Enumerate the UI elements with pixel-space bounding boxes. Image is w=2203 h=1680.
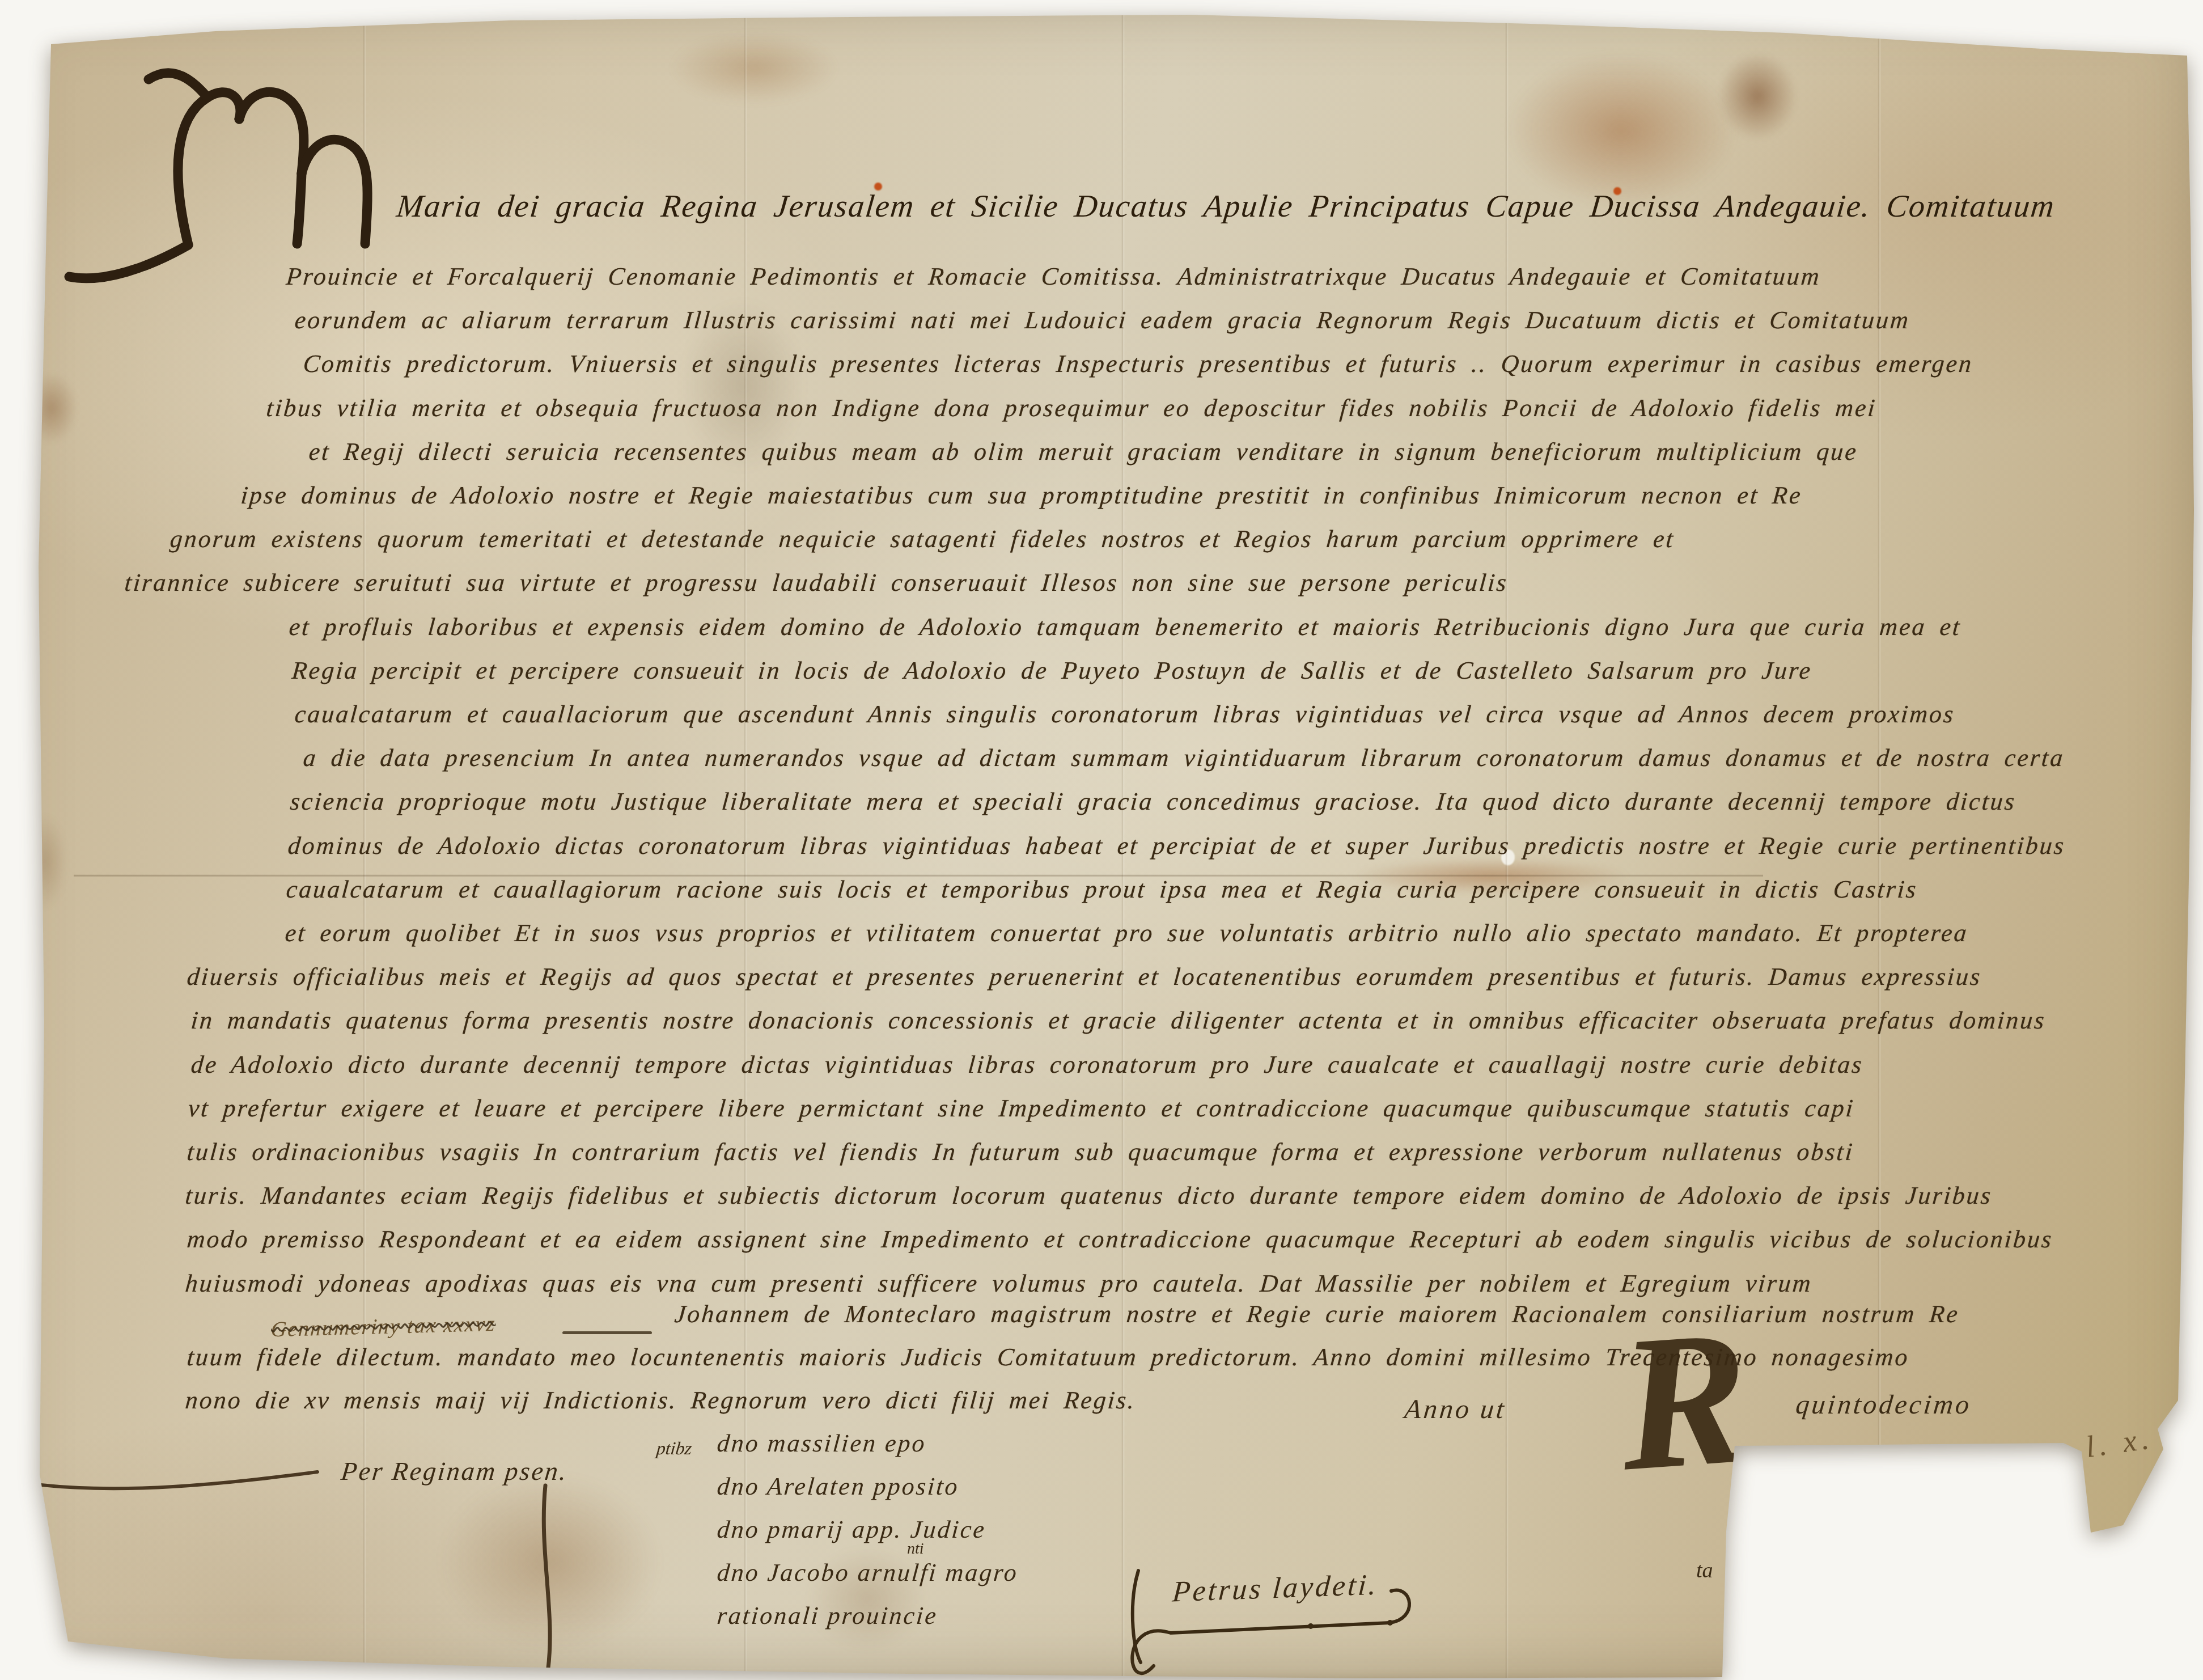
stain-top-center [635, 17, 873, 119]
witness-line: dno massilien epo [716, 1429, 927, 1458]
stain-upper-left-smudge [658, 266, 828, 505]
charter-text-line: vt prefertur exigere et leuare et percip… [187, 1094, 1856, 1123]
charter-text-line: et Regij dilecti seruicia recensentes qu… [308, 437, 1859, 466]
stain-bottom-center [782, 1525, 952, 1673]
witness-line: dno Arelaten pposito [716, 1472, 960, 1501]
charter-text-line: Comitis predictorum. Vniuersis et singul… [302, 349, 1975, 378]
filler-dash [562, 1331, 652, 1334]
stain-left-edge [15, 357, 88, 459]
stain-left-edge-lower [14, 794, 76, 930]
decorative-initial-M [69, 73, 367, 278]
per-reginam-note: Per Reginam psen. [340, 1456, 569, 1486]
charter-first-line: Maria dei gracia Regina Jerusalem et Sic… [395, 188, 2057, 225]
charter-text-line: Prouincie et Forcalquerij Cenomanie Pedi… [285, 262, 1822, 291]
charter-text-line: tirannice subicere seruituti sua virtute… [124, 568, 1509, 597]
charter-text-line: et eorum quolibet Et in suos vsus propri… [284, 919, 1969, 947]
per-reginam-superscript: ptibz [655, 1438, 693, 1459]
charter-text-line: in mandatis quatenus forma presentis nos… [190, 1006, 2047, 1035]
charter-text-line: dominus de Adoloxio dictas coronatorum l… [287, 831, 2067, 860]
witness-superscript: nti [907, 1540, 924, 1558]
charter-text-line: huiusmodi ydoneas apodixas quas eis vna … [184, 1269, 1814, 1298]
charter-text-line: diuersis officialibus meis et Regijs ad … [186, 962, 1983, 991]
manuscript-photo: { "document": { "initial": "M", "first_l… [0, 0, 2203, 1680]
charter-text-line: turis. Mandantes eciam Regijs fidelibus … [184, 1181, 1994, 1210]
charter-text-line: modo premisso Respondeant et ea eidem as… [186, 1225, 2054, 1254]
charter-text-line: de Adoloxio dicto durante decennij tempo… [190, 1050, 1865, 1079]
monogram-note: ta [1696, 1558, 1713, 1583]
tax-mark: . l. x. [2059, 1420, 2155, 1468]
charter-text-line: eorundem ac aliarum terrarum Illustris c… [294, 306, 1912, 335]
stain-top-right-dark [1701, 34, 1814, 159]
appointee-line: Johannem de Monteclaro magistrum nostre … [673, 1300, 1960, 1328]
charter-text-line: caualcatarum et cauallaciorum que ascend… [294, 700, 1956, 729]
witness-line: dno pmarij app. Judice [716, 1515, 988, 1544]
charter-text-line: tulis ordinacionibus vsagiis In contrari… [186, 1137, 1855, 1166]
anno-ut-text: Anno ut [1403, 1394, 1507, 1425]
regnal-year-word: quintodecimo [1794, 1389, 1973, 1420]
regnal-year-line: nono die xv mensis maij vij Indictionis.… [184, 1386, 1137, 1415]
charter-text-line: ipse dominus de Adoloxio nostre et Regie… [240, 481, 1803, 510]
cancelled-tax-note: Gennumeriny tax xxxvz [270, 1311, 497, 1342]
charter-text-line: a die data presencium In antea numerando… [302, 743, 2066, 772]
notary-signature: Petrus laydeti. [1171, 1568, 1379, 1609]
charter-text-line: gnorum existens quorum temeritati et det… [169, 524, 1676, 553]
parchment-sheet: Maria dei gracia Regina Jerusalem et Sic… [0, 0, 2203, 1680]
charter-text-line: et profluis laboribus et expensis eidem … [288, 612, 1963, 641]
charter-text-line: sciencia proprioque motu Justique libera… [289, 787, 2018, 816]
parchment: Maria dei gracia Regina Jerusalem et Sic… [0, 0, 2203, 1680]
charter-text-line: caualcatarum et cauallagiorum racione su… [285, 875, 1919, 904]
royal-monogram-R: R [1613, 1300, 1755, 1501]
witness-line: rationali prouincie [716, 1601, 939, 1630]
charter-text-line: Regia percipit et percipere consueuit in… [291, 656, 1814, 685]
charter-text-line: tibus vtilia merita et obsequia fructuos… [265, 393, 1878, 422]
witness-line: dno Jacobo arnulfi magro [716, 1558, 1020, 1587]
